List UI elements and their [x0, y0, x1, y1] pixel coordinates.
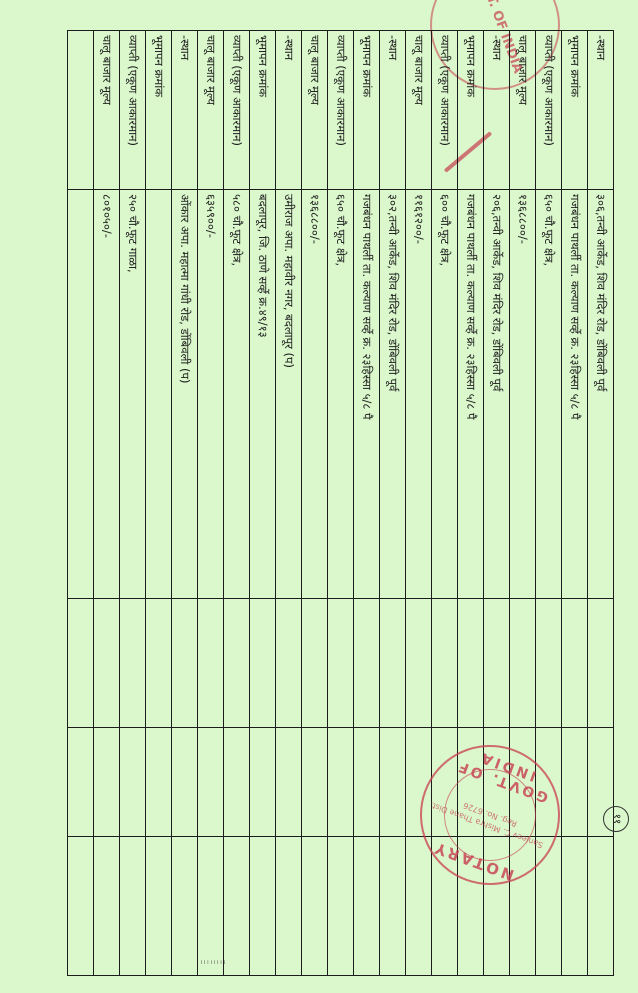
table-row: -स्थानउमीराज अपा. महावीर नगर, बदलापूर (प…	[276, 31, 302, 976]
table-row: व्याप्ती (एकूण आकारमान)६५० चौ.फूट क्षेत्…	[328, 31, 354, 976]
row-value: ६५० चौ.फूट क्षेत्र,	[536, 190, 562, 599]
empty-cell	[380, 837, 406, 976]
row-label: व्याप्ती (एकूण आकारमान)	[432, 31, 458, 190]
row-value: २०६,तन्वी आर्केड, शिव मंदिर रोड, डोंबिवल…	[484, 190, 510, 599]
row-value: १३६८८००/-	[302, 190, 328, 599]
row-label: भूमापन क्रमांक	[562, 31, 588, 190]
empty-cell	[198, 599, 224, 728]
table-row: भूमापन क्रमांकगजबंधन पाथर्ली ता. कल्याण …	[354, 31, 380, 976]
row-value: गजबंधन पाथर्ली ता. कल्याण सर्व्हे क्र. २…	[562, 190, 588, 599]
row-value: ३०६,तन्वी आर्केड, शिव मंदिर रोड, डोंबिवल…	[588, 190, 614, 599]
row-label: व्याप्ती (एकूण आकारमान)	[328, 31, 354, 190]
row-value: ३०२,तन्वी आर्केड, शिव मंदिर रोड, डोंबिवल…	[380, 190, 406, 599]
scanned-page: GOVT. OF INDIA -स्थान३०६,तन्वी आर्केड, श…	[0, 0, 638, 993]
empty-cell	[588, 599, 614, 728]
empty-cell	[536, 599, 562, 728]
table-row: भूमापन क्रमांक	[146, 31, 172, 976]
row-label: -स्थान	[380, 31, 406, 190]
row-value: ११६१२००/-	[406, 190, 432, 599]
empty-cell	[588, 837, 614, 976]
empty-cell	[406, 837, 432, 976]
row-label: -स्थान	[172, 31, 198, 190]
row-value: १३६८८००/-	[510, 190, 536, 599]
empty-cell	[146, 837, 172, 976]
row-label: चालू बाजार मूल्य	[198, 31, 224, 190]
table-row: -स्थान३०६,तन्वी आर्केड, शिव मंदिर रोड, ड…	[588, 31, 614, 976]
empty-cell	[562, 599, 588, 728]
empty-cell	[380, 599, 406, 728]
empty-cell	[432, 599, 458, 728]
empty-cell	[198, 837, 224, 976]
empty-cell	[120, 837, 146, 976]
row-label: चालू बाजार मूल्य	[510, 31, 536, 190]
empty-cell	[276, 599, 302, 728]
table-row: -स्थान३०२,तन्वी आर्केड, शिव मंदिर रोड, ड…	[380, 31, 406, 976]
row-label	[68, 31, 94, 190]
empty-cell	[68, 837, 94, 976]
empty-cell	[354, 837, 380, 976]
row-value: गजबंधन पाथर्ली ता. कल्याण सर्व्हे क्र. २…	[458, 190, 484, 599]
empty-cell	[146, 599, 172, 728]
empty-cell	[172, 599, 198, 728]
row-value: २५० चौ.फूट गाळा,	[120, 190, 146, 599]
empty-cell	[302, 728, 328, 837]
empty-cell	[276, 837, 302, 976]
table-row: भूमापन क्रमांकगजबंधन पाथर्ली ता. कल्याण …	[562, 31, 588, 976]
row-value: ८०१०५०/-	[94, 190, 120, 599]
empty-cell	[250, 728, 276, 837]
row-label: व्याप्ती (एकूण आकारमान)	[224, 31, 250, 190]
empty-cell	[328, 837, 354, 976]
table-row	[68, 31, 94, 976]
empty-cell	[94, 837, 120, 976]
row-label: भूमापन क्रमांक	[250, 31, 276, 190]
empty-cell	[354, 599, 380, 728]
empty-cell	[94, 728, 120, 837]
empty-cell	[198, 728, 224, 837]
row-value	[68, 190, 94, 599]
empty-cell	[250, 837, 276, 976]
page-number: ११	[603, 806, 629, 832]
row-value: ६३५९००/-	[198, 190, 224, 599]
empty-cell	[302, 837, 328, 976]
row-value: ६०० चौ.फूट क्षेत्र,	[432, 190, 458, 599]
empty-cell	[458, 599, 484, 728]
table-row: चालू बाजार मूल्य८०१०५०/-	[94, 31, 120, 976]
table-row: भूमापन क्रमांकबदलापूर, जि. ठाणे सर्व्हे …	[250, 31, 276, 976]
row-label: भूमापन क्रमांक	[146, 31, 172, 190]
row-label: चालू बाजार मूल्य	[302, 31, 328, 190]
empty-cell	[146, 728, 172, 837]
table-row: -स्थानओंकार अपा. महात्मा गांधी रोड, डोंब…	[172, 31, 198, 976]
empty-cell	[328, 728, 354, 837]
empty-cell	[94, 599, 120, 728]
empty-cell	[68, 728, 94, 837]
row-value: गजबंधन पाथर्ली ता. कल्याण सर्व्हे क्र. २…	[354, 190, 380, 599]
row-label: व्याप्ती (एकूण आकारमान)	[536, 31, 562, 190]
row-label: चालू बाजार मूल्य	[406, 31, 432, 190]
empty-cell	[224, 837, 250, 976]
empty-cell	[224, 728, 250, 837]
row-label: -स्थान	[588, 31, 614, 190]
row-value: उमीराज अपा. महावीर नगर, बदलापूर (प)	[276, 190, 302, 599]
row-label: भूमापन क्रमांक	[458, 31, 484, 190]
empty-cell	[172, 837, 198, 976]
row-value: ६५० चौ.फूट क्षेत्र,	[328, 190, 354, 599]
row-value	[146, 190, 172, 599]
row-label: व्याप्ती (एकूण आकारमान)	[120, 31, 146, 190]
empty-cell	[562, 837, 588, 976]
row-value: ओंकार अपा. महात्मा गांधी रोड, डोंबिवली (…	[172, 190, 198, 599]
empty-cell	[276, 728, 302, 837]
empty-cell	[380, 728, 406, 837]
empty-cell	[172, 728, 198, 837]
table-row: व्याप्ती (एकूण आकारमान)२५० चौ.फूट गाळा,	[120, 31, 146, 976]
table-row: व्याप्ती (एकूण आकारमान)५८० चौ.फूट क्षेत्…	[224, 31, 250, 976]
footer-mark: ।।।।।।।।	[200, 958, 226, 966]
row-value: बदलापूर, जि. ठाणे सर्व्हे क्र.४९/१३	[250, 190, 276, 599]
row-label: भूमापन क्रमांक	[354, 31, 380, 190]
row-label: -स्थान	[276, 31, 302, 190]
row-label: चालू बाजार मूल्य	[94, 31, 120, 190]
empty-cell	[250, 599, 276, 728]
empty-cell	[68, 599, 94, 728]
table-row: चालू बाजार मूल्य६३५९००/-	[198, 31, 224, 976]
empty-cell	[328, 599, 354, 728]
empty-cell	[406, 599, 432, 728]
empty-cell	[120, 728, 146, 837]
empty-cell	[120, 599, 146, 728]
row-label: -स्थान	[484, 31, 510, 190]
empty-cell	[224, 599, 250, 728]
empty-cell	[510, 599, 536, 728]
table-row: चालू बाजार मूल्य१३६८८००/-	[302, 31, 328, 976]
empty-cell	[302, 599, 328, 728]
empty-cell	[484, 599, 510, 728]
row-value: ५८० चौ.फूट क्षेत्र,	[224, 190, 250, 599]
empty-cell	[354, 728, 380, 837]
